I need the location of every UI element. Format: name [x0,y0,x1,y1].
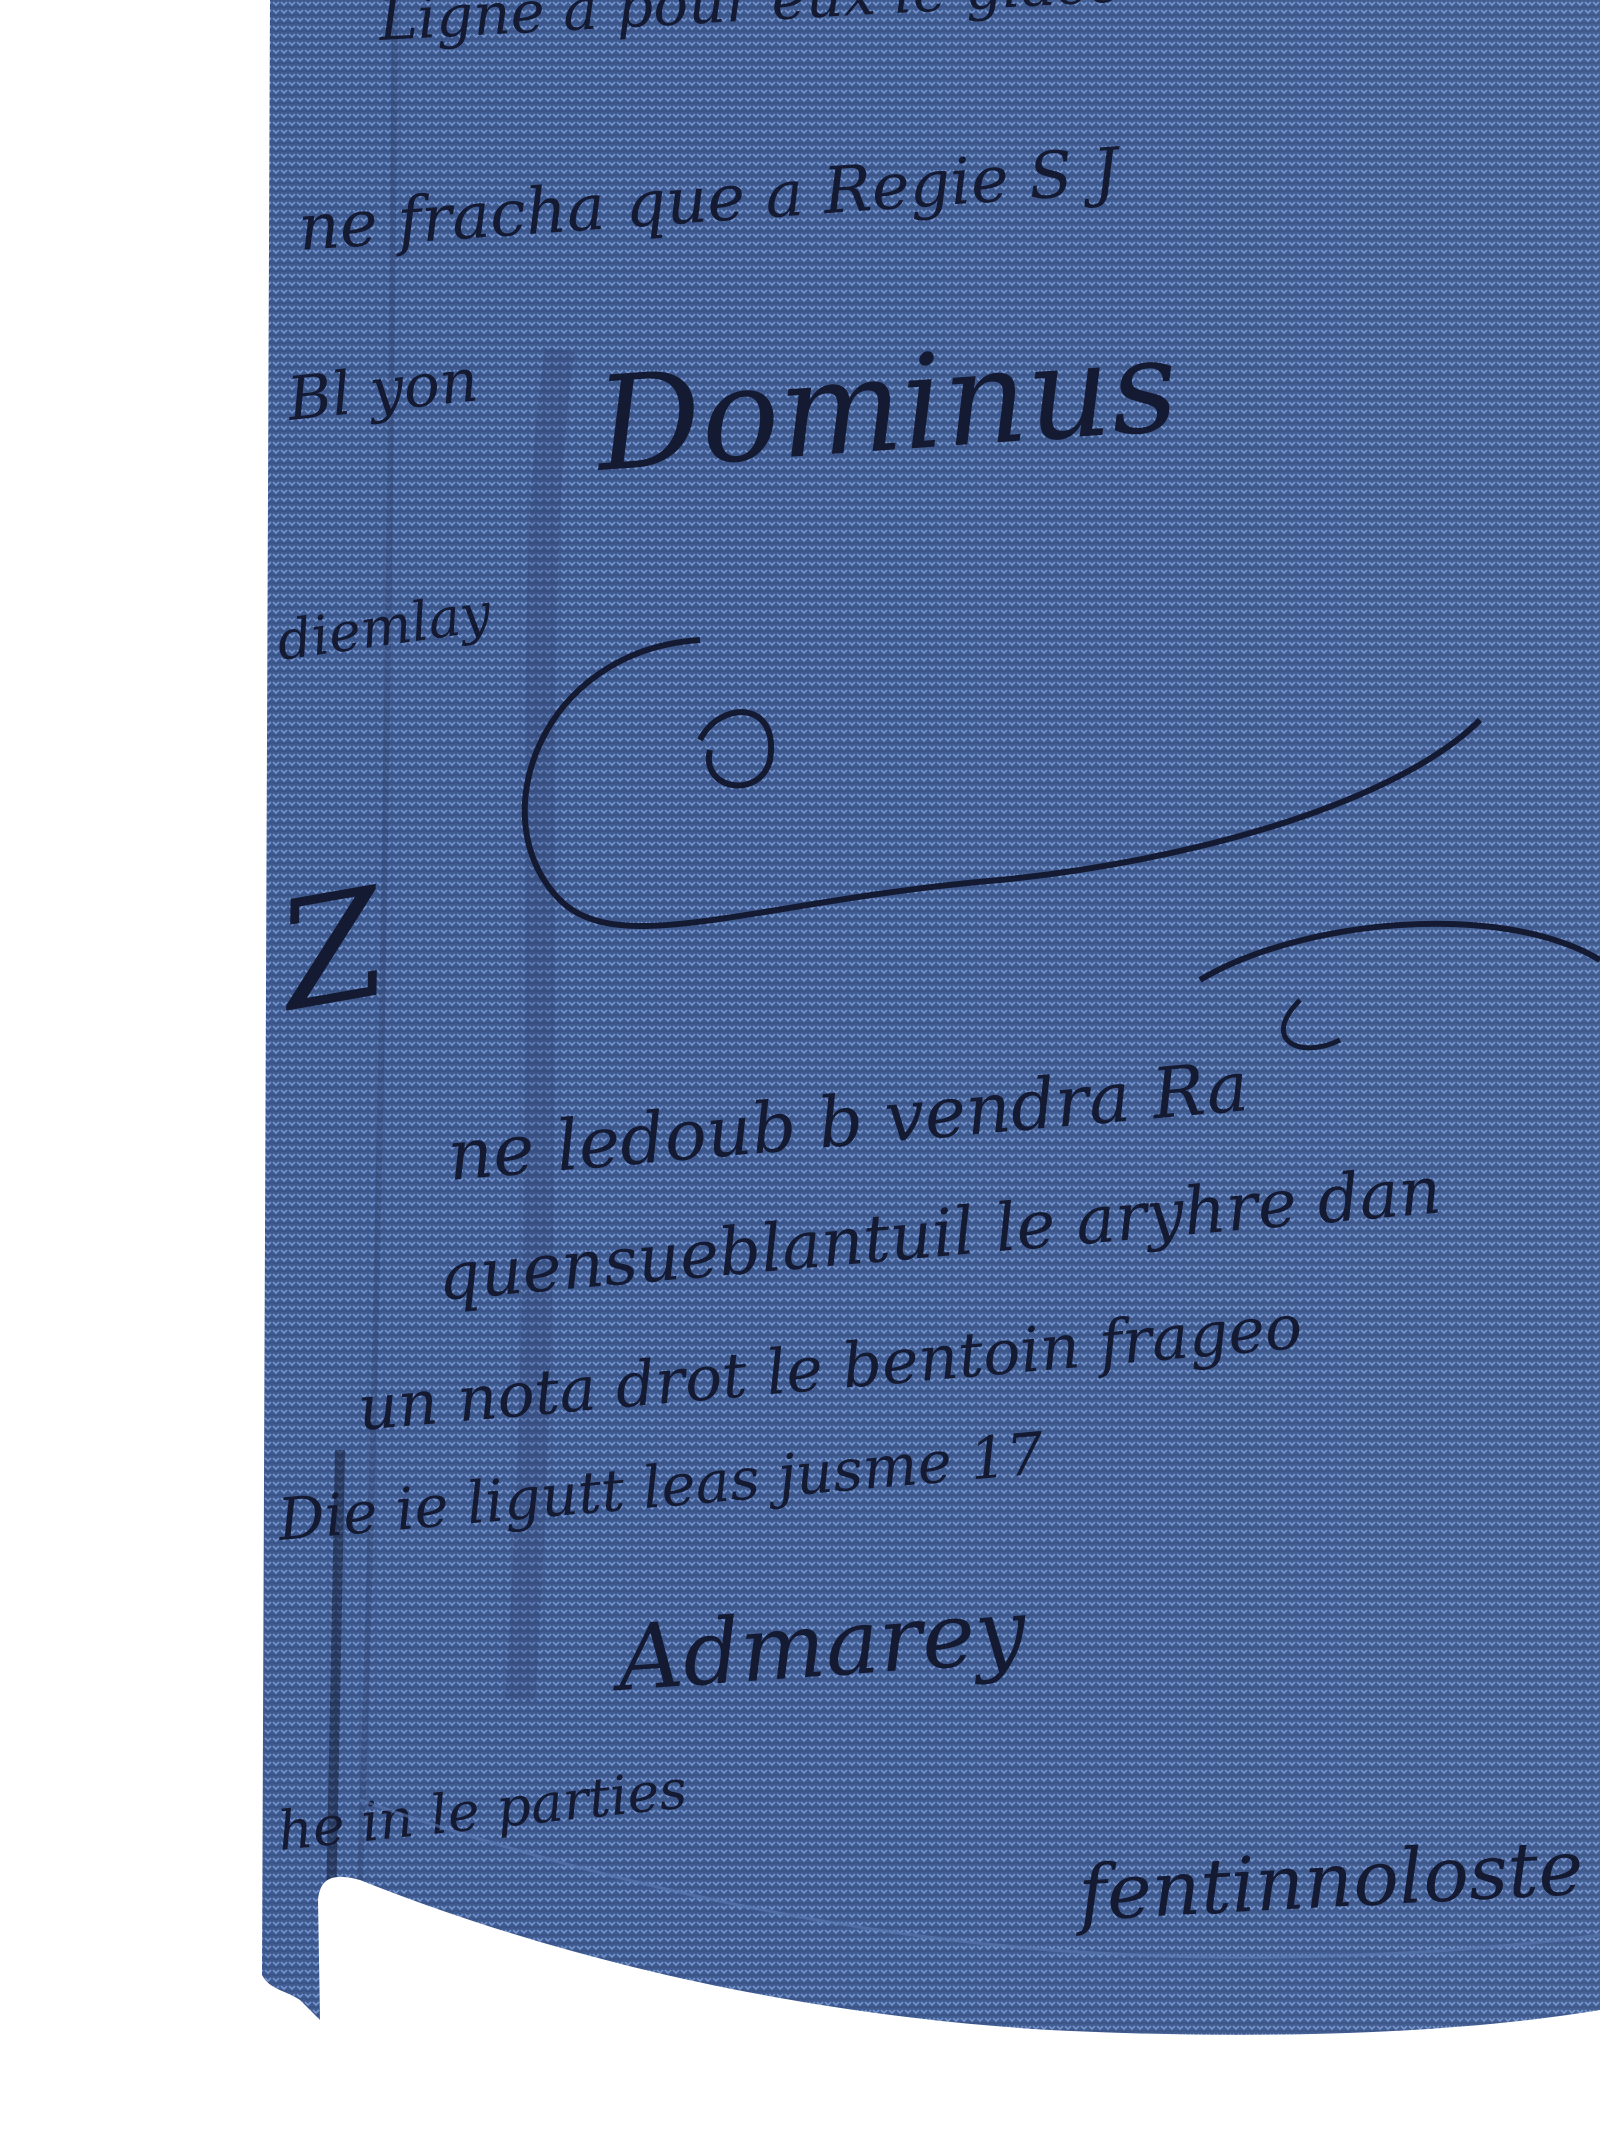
fabric-photo: Ligne à pour eux le glacene fracha que a… [0,0,1600,2136]
